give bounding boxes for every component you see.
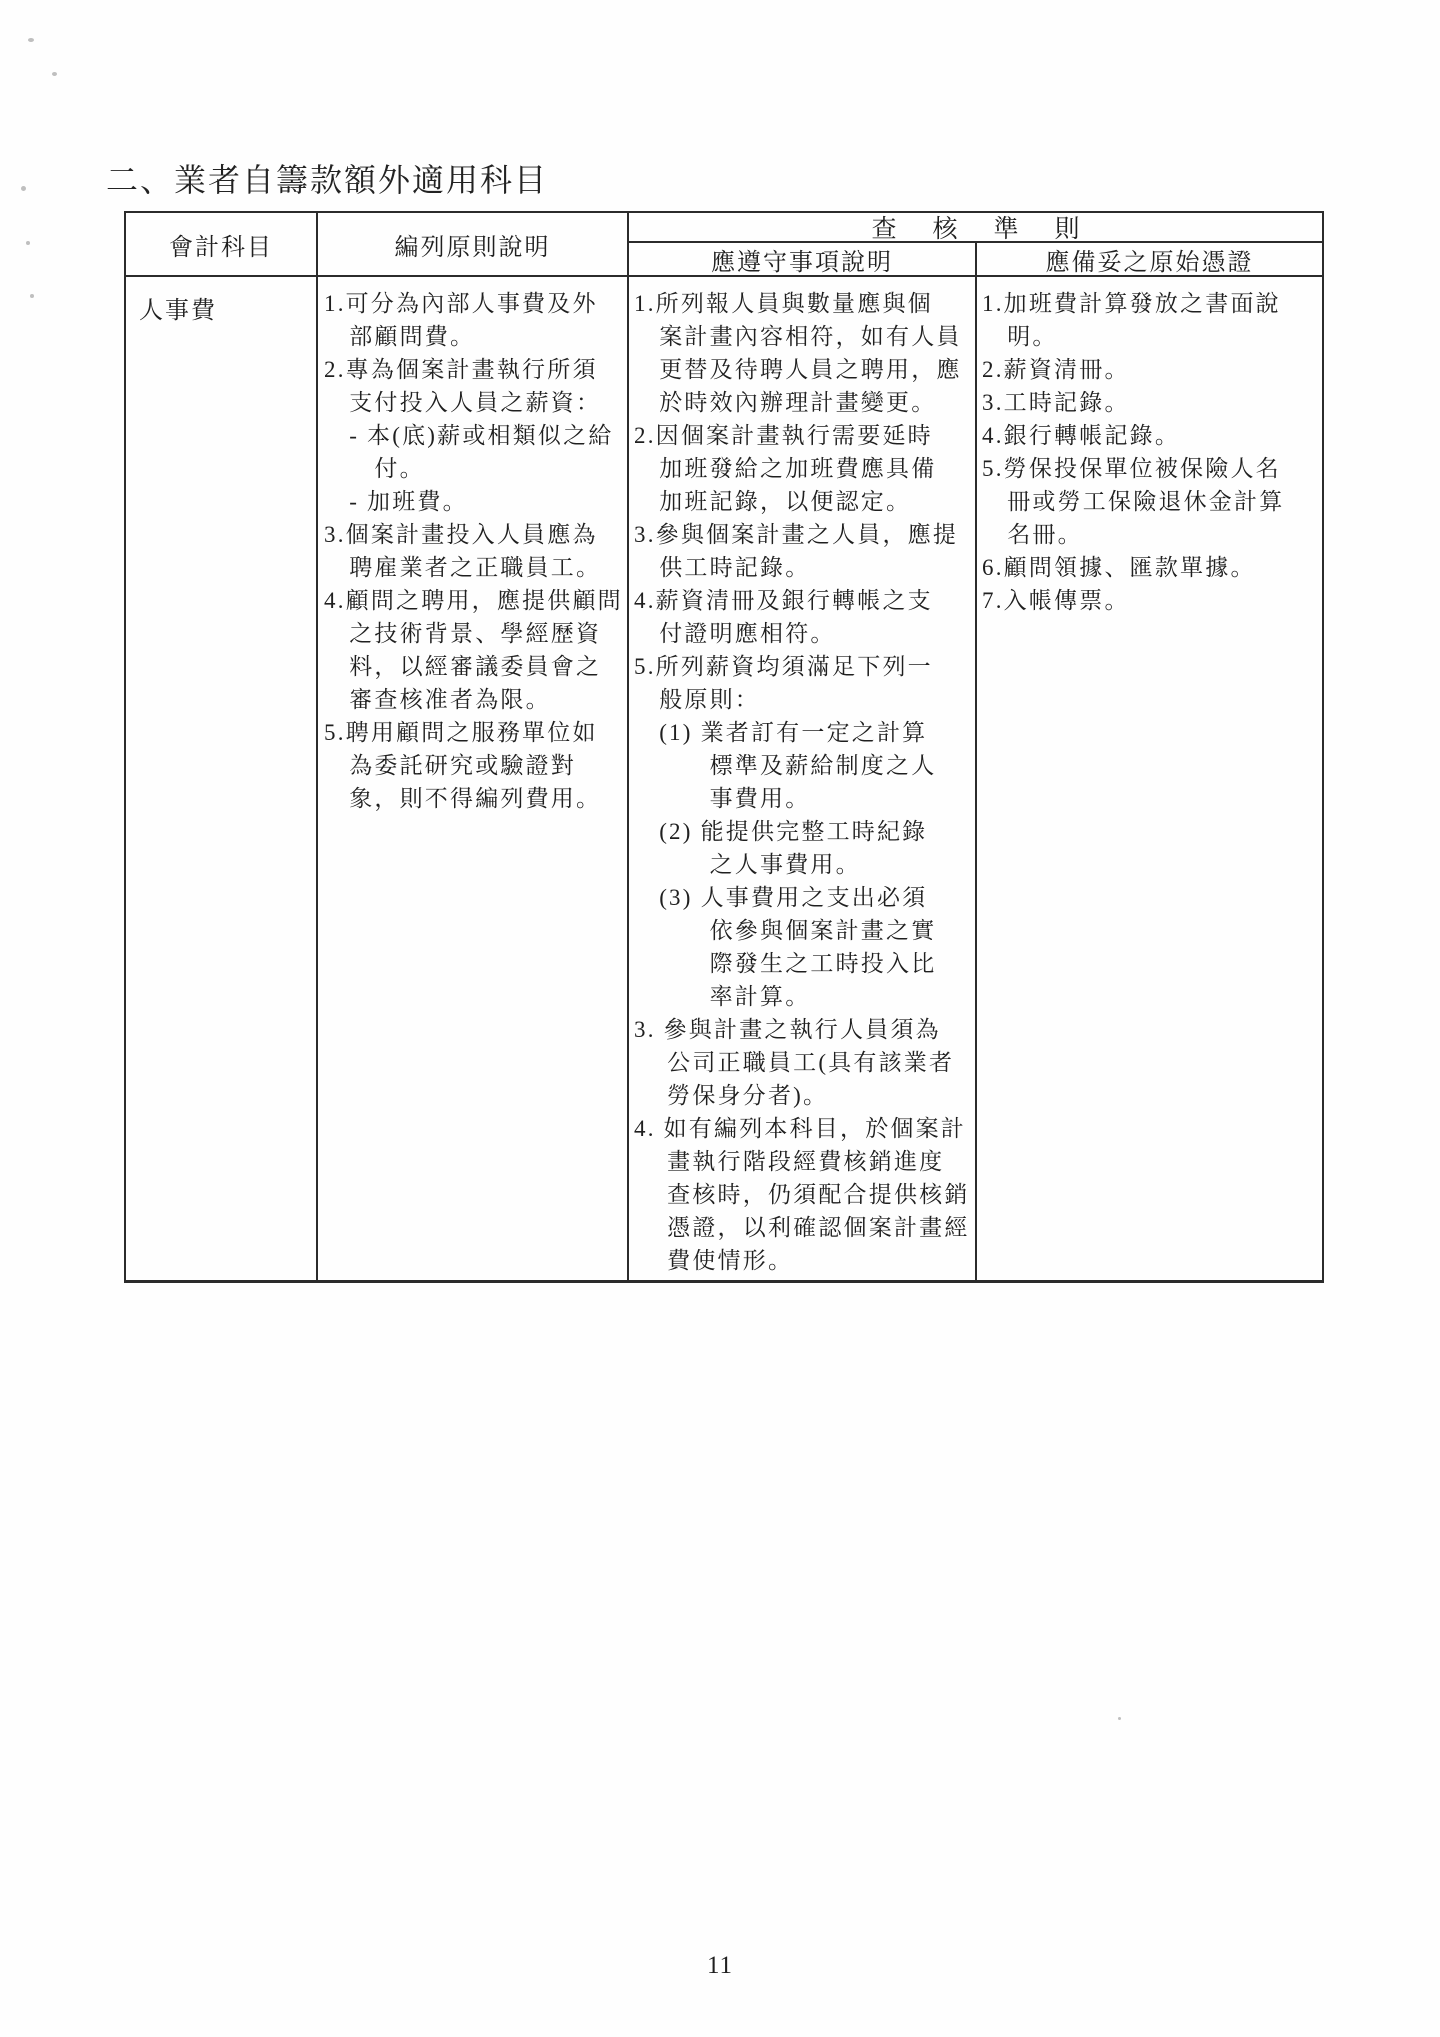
text-line: 冊或勞工保險退休金計算 [982,485,1322,518]
text-line: 7.入帳傳票。 [982,584,1322,617]
text-line: 4.銀行轉帳記錄。 [982,419,1322,452]
account-item-cell: 人事費 [126,277,318,1280]
text-line: 3. 參與計畫之執行人員須為 [634,1013,975,1046]
text-line: 率計算。 [634,980,975,1013]
text-line: (3) 人事費用之支出必須 [634,881,975,914]
scan-artifact [1118,1717,1121,1720]
text-line: 於時效內辦理計畫變更。 [634,386,975,419]
scan-artifact [52,72,57,76]
text-line: 4.薪資清冊及銀行轉帳之支 [634,584,975,617]
text-line: 3.個案計畫投入人員應為 [324,518,627,551]
text-line: 查核時，仍須配合提供核銷 [634,1178,975,1211]
text-line: 1.所列報人員與數量應與個 [634,287,975,320]
text-line: 公司正職員工(具有該業者 [634,1046,975,1079]
text-line: 付。 [324,452,627,485]
scan-artifact [21,186,26,191]
text-line: 料，以經審議委員會之 [324,650,627,683]
text-line: 審查核准者為限。 [324,683,627,716]
text-line: 更替及待聘人員之聘用，應 [634,353,975,386]
text-line: 2.薪資清冊。 [982,353,1322,386]
text-line: 3.參與個案計畫之人員，應提 [634,518,975,551]
text-line: 2.專為個案計畫執行所須 [324,353,627,386]
text-line: 2.因個案計畫執行需要延時 [634,419,975,452]
text-line: 象，則不得編列費用。 [324,782,627,815]
text-line: 際發生之工時投入比 [634,947,975,980]
header-account-item: 會計科目 [126,213,318,277]
text-line: 5.所列薪資均須滿足下列一 [634,650,975,683]
text-line: 般原則： [634,683,975,716]
text-line: 4. 如有編列本科目，於個案計 [634,1112,975,1145]
header-documents: 應備妥之原始憑證 [977,243,1322,277]
text-line: 為委託研究或驗證對 [324,749,627,782]
text-line: 供工時記錄。 [634,551,975,584]
text-line: 明。 [982,320,1322,353]
documents-cell: 1.加班費計算發放之書面說 明。2.薪資清冊。3.工時記錄。4.銀行轉帳記錄。5… [977,277,1322,1280]
text-line: 1.加班費計算發放之書面說 [982,287,1322,320]
header-audit-criteria-group: 查核準則 [629,213,1322,243]
header-compliance: 應遵守事項說明 [629,243,977,277]
text-line: (2) 能提供完整工時紀錄 [634,815,975,848]
text-line: 5.勞保投保單位被保險人名 [982,452,1322,485]
document-page: 二、業者自籌款額外適用科目 會計科目 編列原則說明 查核準則 應遵守事項說明 應… [0,0,1440,2037]
text-line: (1) 業者訂有一定之計算 [634,716,975,749]
header-principles: 編列原則說明 [318,213,629,277]
scan-artifact [28,38,34,42]
text-line: 勞保身分者)。 [634,1079,975,1112]
compliance-cell: 1.所列報人員與數量應與個 案計畫內容相符，如有人員 更替及待聘人員之聘用，應 … [629,277,977,1280]
text-line: 部顧問費。 [324,320,627,353]
text-line: 事費用。 [634,782,975,815]
text-line: 案計畫內容相符，如有人員 [634,320,975,353]
text-line: 之人事費用。 [634,848,975,881]
audit-criteria-table: 會計科目 編列原則說明 查核準則 應遵守事項說明 應備妥之原始憑證 人事費 1.… [124,211,1324,1283]
page-number: 11 [0,1952,1440,1980]
scan-artifact [30,294,34,298]
text-line: 1.可分為內部人事費及外 [324,287,627,320]
text-line: 畫執行階段經費核銷進度 [634,1145,975,1178]
text-line: 6.顧問領據、匯款單據。 [982,551,1322,584]
text-line: 費使情形。 [634,1244,975,1277]
text-line: 3.工時記錄。 [982,386,1322,419]
text-line: 標準及薪給制度之人 [634,749,975,782]
text-line: 支付投入人員之薪資： [324,386,627,419]
text-line: - 加班費。 [324,485,627,518]
text-line: 名冊。 [982,518,1322,551]
scan-artifact [26,241,30,245]
text-line: - 本(底)薪或相類似之給 [324,419,627,452]
text-line: 付證明應相符。 [634,617,975,650]
text-line: 4.顧問之聘用，應提供顧問 [324,584,627,617]
text-line: 聘雇業者之正職員工。 [324,551,627,584]
text-line: 憑證，以利確認個案計畫經 [634,1211,975,1244]
text-line: 5.聘用顧問之服務單位如 [324,716,627,749]
text-line: 加班發給之加班費應具備 [634,452,975,485]
section-title: 二、業者自籌款額外適用科目 [106,155,548,201]
principles-cell: 1.可分為內部人事費及外 部顧問費。2.專為個案計畫執行所須 支付投入人員之薪資… [318,277,629,1280]
text-line: 依參與個案計畫之實 [634,914,975,947]
text-line: 之技術背景、學經歷資 [324,617,627,650]
text-line: 加班記錄，以便認定。 [634,485,975,518]
